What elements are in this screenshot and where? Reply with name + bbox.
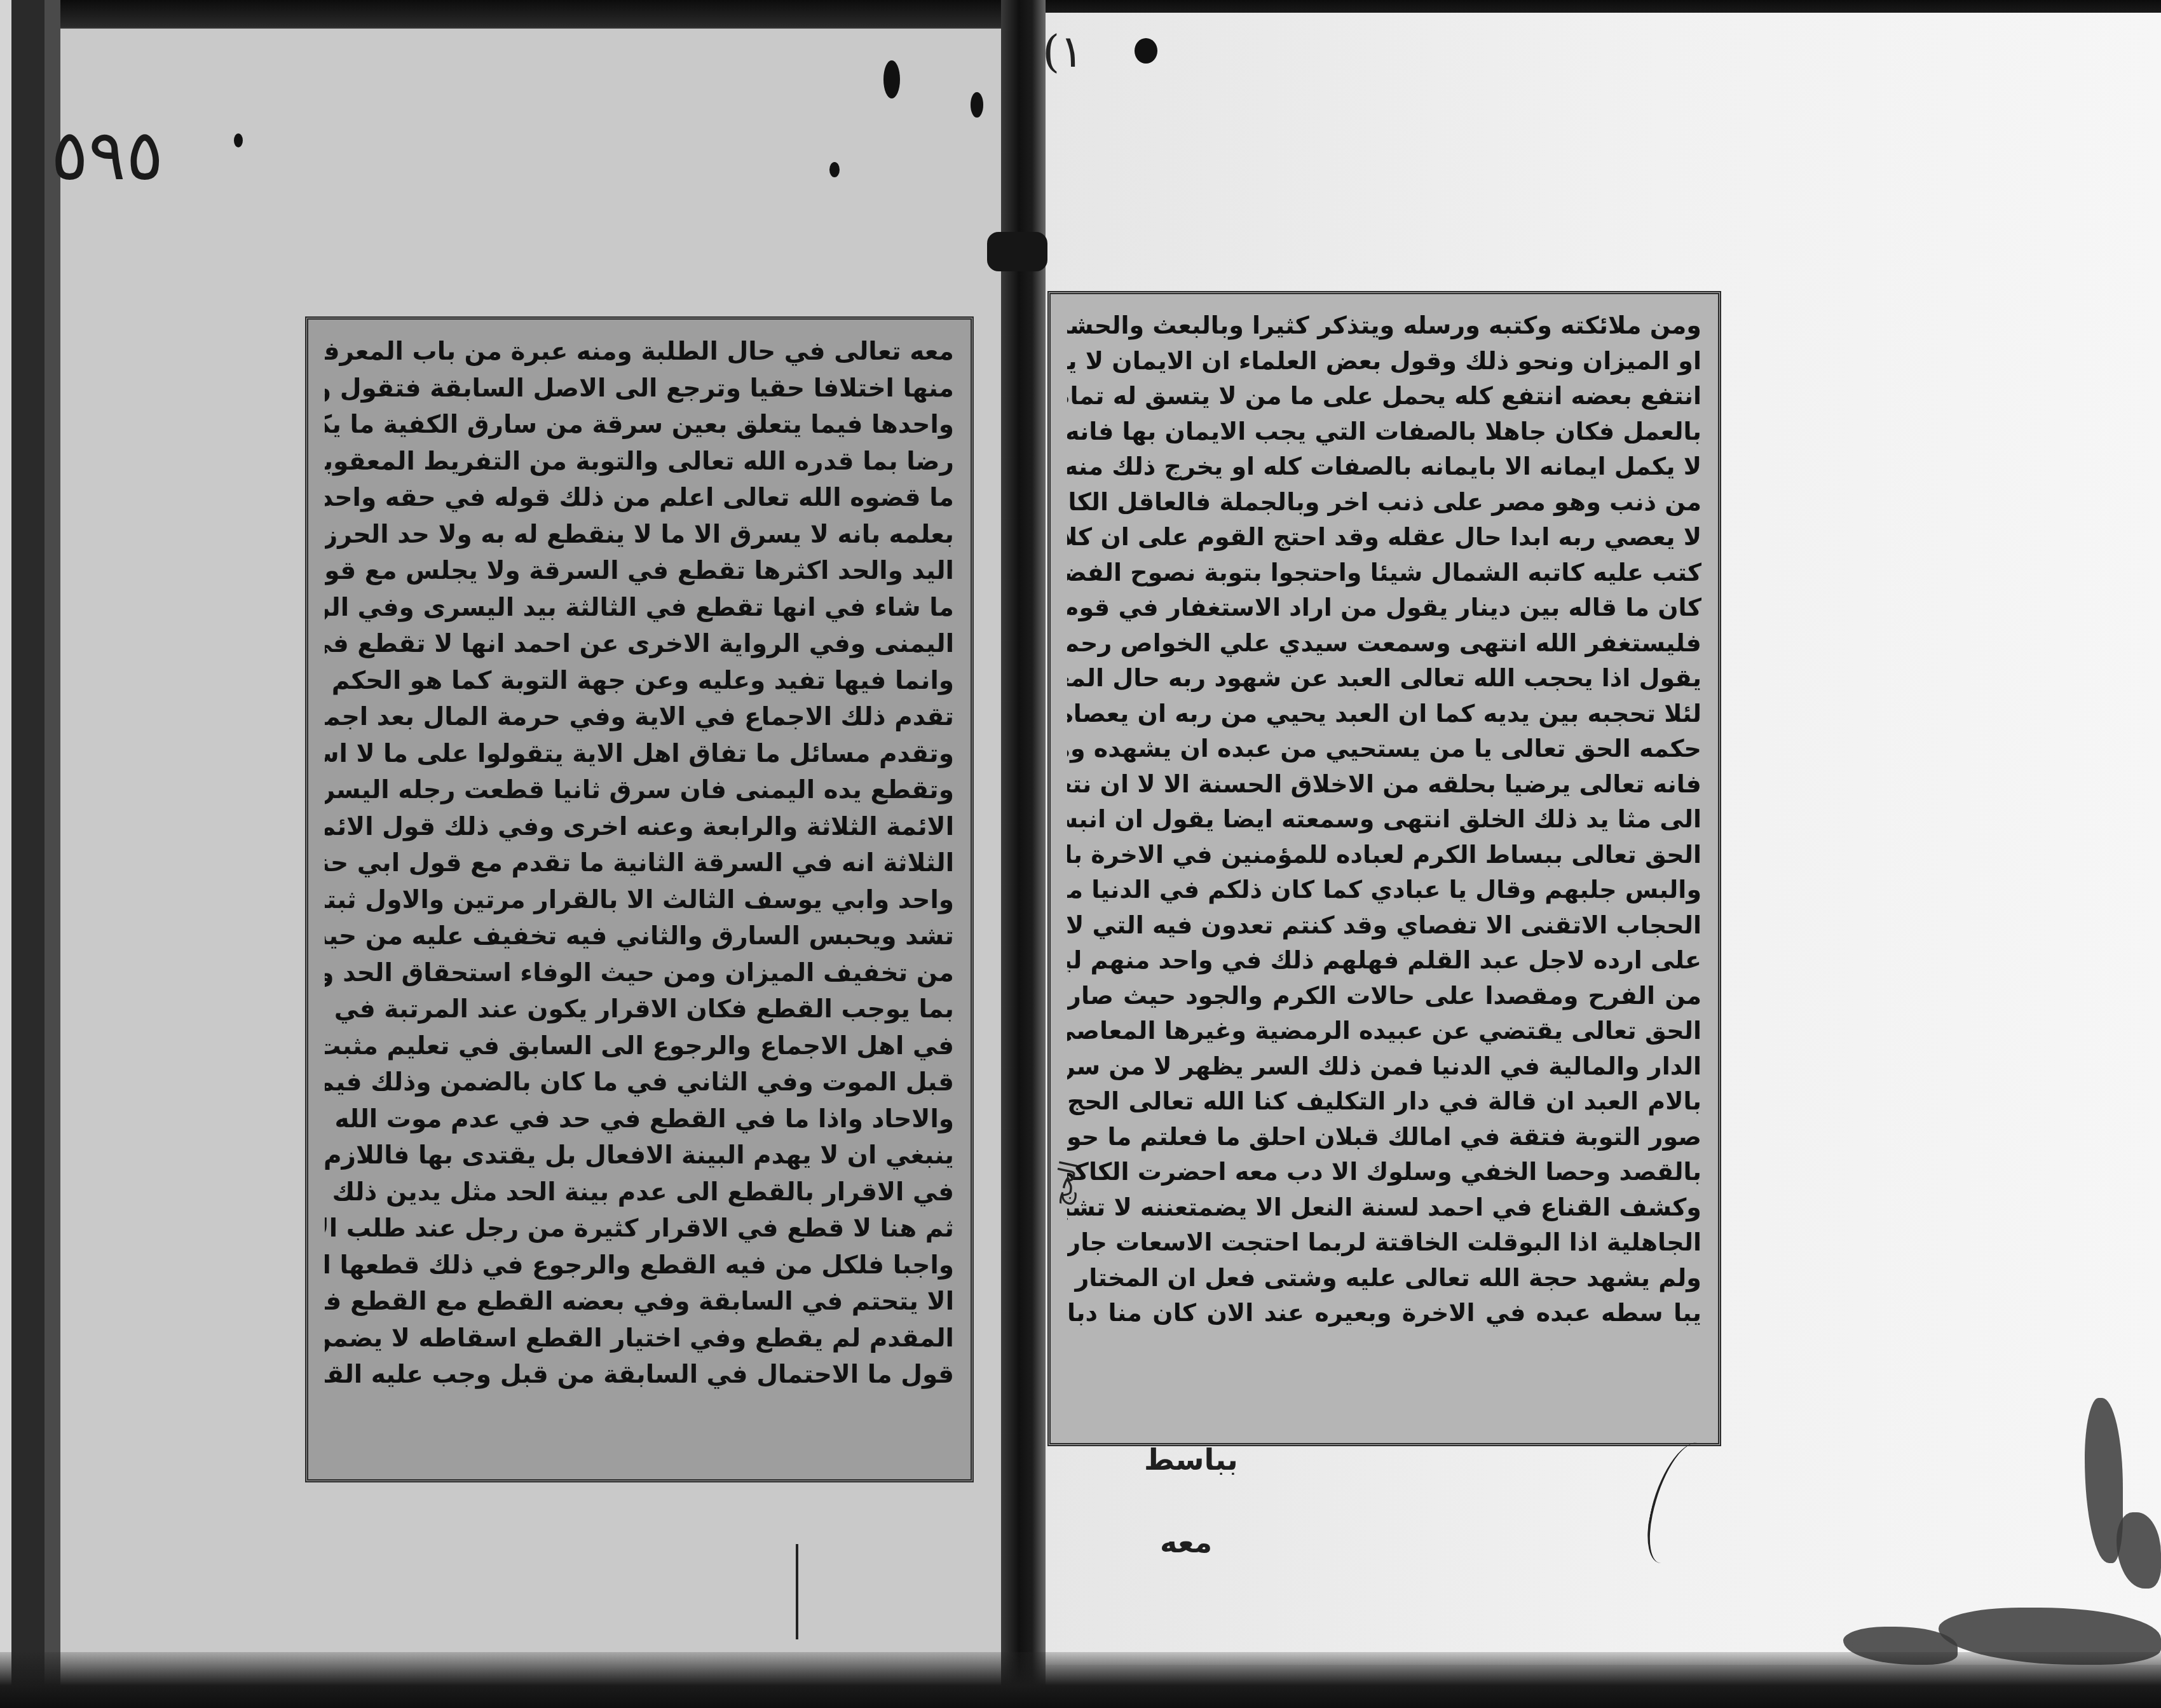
- text-line: الجاهلية اذا البوقلت الخاقتة لربما احتجت…: [1067, 1225, 1701, 1261]
- text-line: [1067, 1366, 1701, 1402]
- text-line: قبل الموت وفي الثاني في ما كان بالضمن وذ…: [325, 1064, 954, 1101]
- ink-dot: [829, 162, 840, 177]
- ink-dot: [883, 60, 900, 98]
- text-line: كتب عليه كاتبه الشمال شيئا واحتجوا بتوبة…: [1067, 555, 1701, 591]
- text-line: فانه تعالى يرضيا بحلقه من الاخلاق الحسنة…: [1067, 767, 1701, 803]
- text-line: ثم هنا لا قطع في الاقرار كثيرة من رجل عن…: [325, 1210, 954, 1247]
- text-line: من تخفيف الميزان ومن حيث الوفاء استحقاق …: [325, 955, 954, 992]
- text-line: يقول اذا يحجب الله تعالى العبد عن شهود ر…: [1067, 661, 1701, 696]
- text-line: من ذنب وهو مصر على ذنب اخر وبالجملة فالع…: [1067, 485, 1701, 520]
- text-line: وكشف القناع في احمد لسنة النعل الا يضمتع…: [1067, 1190, 1701, 1226]
- text-line: رضا بما قدره الله تعالى والتوبة من التفر…: [325, 444, 954, 480]
- text-line: ينبغي ان لا يهدم البينة الافعال بل يقتدى…: [325, 1137, 954, 1174]
- ink-dot: [1135, 38, 1157, 64]
- text-line: فليستغفر الله انتهى وسمعت سيدي علي الخوا…: [1067, 626, 1701, 661]
- right-text-block: ومن ملائكته وكتبه ورسله ويتذكر كثيرا وبا…: [1047, 291, 1721, 1446]
- text-line: الحق تعالى يقتضي عن عبيده الرمضية وغيرها…: [1067, 1013, 1701, 1049]
- bottom-shadow: [0, 1652, 2161, 1708]
- text-line: بالام العبد ان قالة في دار التكليف كنا ا…: [1067, 1084, 1701, 1120]
- text-line: واحد وابي يوسف الثالث الا بالقرار مرتين …: [325, 882, 954, 919]
- text-line: معه تعالى في حال الطلبة ومنه عبرة من باب…: [325, 334, 954, 370]
- text-line: اليمنى وفي الرواية الاخرى عن احمد انها ل…: [325, 626, 954, 663]
- text-line: صور التوبة فتقة في امالك قبلان احلق ما ف…: [1067, 1120, 1701, 1155]
- spine-clip-icon: [987, 232, 1047, 271]
- text-line: [1067, 1331, 1701, 1367]
- text-line: وانما فيها تفيد وعليه وعن جهة التوبة كما…: [325, 663, 954, 700]
- text-line: بعلمه بانه لا يسرق الا ما لا ينقطع له به…: [325, 517, 954, 553]
- ink-stroke: [796, 1544, 798, 1639]
- text-line: قول ما الاحتمال في السابقة من قبل وجب عل…: [325, 1357, 954, 1393]
- ink-dot: [971, 92, 983, 118]
- ink-dot: [234, 133, 243, 147]
- text-line: تشد ويحبس السارق والثاني فيه تخفيف عليه …: [325, 918, 954, 955]
- text-line: بالعمل فكان جاهلا بالصفات التي يجب الايم…: [1067, 414, 1701, 450]
- text-line: يبا سطه عبده في الاخرة وبعيره عند الان ك…: [1067, 1296, 1701, 1331]
- text-line: وتقدم مسائل ما تفاق اهل الاية يتقولوا عل…: [325, 736, 954, 773]
- text-line: كان ما قاله بين دينار يقول من اراد الاست…: [1067, 590, 1701, 626]
- catchword: معه: [1160, 1525, 1212, 1559]
- text-line: ولم يشهد حجة الله تعالى عليه وشتى فعل ان…: [1067, 1261, 1701, 1296]
- text-line: وتقطع يده اليمنى فان سرق ثانيا قطعت رجله…: [325, 772, 954, 809]
- text-line: او الميزان ونحو ذلك وقول بعض العلماء ان …: [1067, 344, 1701, 379]
- text-line: حكمه الحق تعالى يا من يستحيي من عبده ان …: [1067, 731, 1701, 767]
- text-line: بما يوجب القطع فكان الاقرار يكون عند الم…: [325, 991, 954, 1028]
- manuscript-scan: ٥٩٥ (١ معه تعالى في حال الطلبة ومنه عبرة…: [0, 0, 2161, 1708]
- text-line: لئلا تحجبه بين يديه كما ان العبد يحيي من…: [1067, 696, 1701, 732]
- text-line: من الفرح ومقصدا على حالات الكرم والجود ح…: [1067, 979, 1701, 1014]
- text-line: الحق تعالى ببساط الكرم لعباده للمؤمنين ف…: [1067, 837, 1701, 873]
- text-line: الا يتحتم في السابقة وفي بعضه القطع مع ا…: [325, 1284, 954, 1320]
- text-line: المقدم لم يقطع وفي اختيار القطع اسقاطه ل…: [325, 1320, 954, 1357]
- text-line: الحجاب الاتقنى الا تفصاي وقد كنتم تعدون …: [1067, 908, 1701, 944]
- top-right-mark: (١: [1042, 25, 1084, 78]
- text-line: في اهل الاجماع والرجوع الى السابق في تعل…: [325, 1028, 954, 1065]
- text-line: الثلاثة انه في السرقة الثانية ما تقدم مع…: [325, 845, 954, 882]
- left-edge-shadow: [0, 0, 60, 1708]
- catchword: بباسط: [1144, 1442, 1238, 1477]
- text-line: ومن ملائكته وكتبه ورسله ويتذكر كثيرا وبا…: [1067, 308, 1701, 344]
- left-text-block: معه تعالى في حال الطلبة ومنه عبرة من باب…: [305, 316, 974, 1482]
- text-line: الائمة الثلاثة والرابعة وعنه اخرى وفي ذل…: [325, 809, 954, 846]
- text-line: والبس جلبهم وقال يا عبادي كما كان ذلكم ف…: [1067, 872, 1701, 908]
- text-line: ما شاء في انها تقطع في الثالثة بيد اليسر…: [325, 590, 954, 627]
- text-line: انتفع بعضه انتفع كله يحمل على ما من لا ي…: [1067, 379, 1701, 414]
- text-line: على ارده لاجل عبد القلم فهلهم ذلك في واح…: [1067, 943, 1701, 979]
- text-line: تقدم ذلك الاجماع في الاية وفي حرمة المال…: [325, 699, 954, 736]
- text-line: في الاقرار بالقطع الى عدم بينة الحد مثل …: [325, 1174, 954, 1211]
- text-line: ما قضوه الله تعالى اعلم من ذلك قوله في ح…: [325, 480, 954, 517]
- text-line: اليد والحد اكثرها تقطع في السرقة ولا يجل…: [325, 553, 954, 590]
- text-line: واحدها فيما يتعلق بعين سرقة من سارق الكف…: [325, 407, 954, 444]
- text-line: منها اختلافا حقيا وترجع الى الاصل السابق…: [325, 370, 954, 407]
- text-line: الى مثا يد ذلك الخلق انتهى وسمعته ايضا ي…: [1067, 802, 1701, 837]
- text-line: الدار والمالية في الدنيا فمن ذلك السر يظ…: [1067, 1049, 1701, 1085]
- text-line: واجبا فلكل من فيه القطع والرجوع في ذلك ق…: [325, 1247, 954, 1284]
- text-line: بالقصد وحصا الخفي وسلوك الا دب معه احضرت…: [1067, 1155, 1701, 1190]
- text-line: لا يكمل ايمانه الا بايمانه بالصفات كله ا…: [1067, 449, 1701, 485]
- text-line: والاحاد واذا ما في القطع في حد في عدم مو…: [325, 1101, 954, 1138]
- text-line: لا يعصي ربه ابدا حال عقله وقد احتج القوم…: [1067, 520, 1701, 555]
- folio-number: ٥٩٥: [51, 114, 163, 196]
